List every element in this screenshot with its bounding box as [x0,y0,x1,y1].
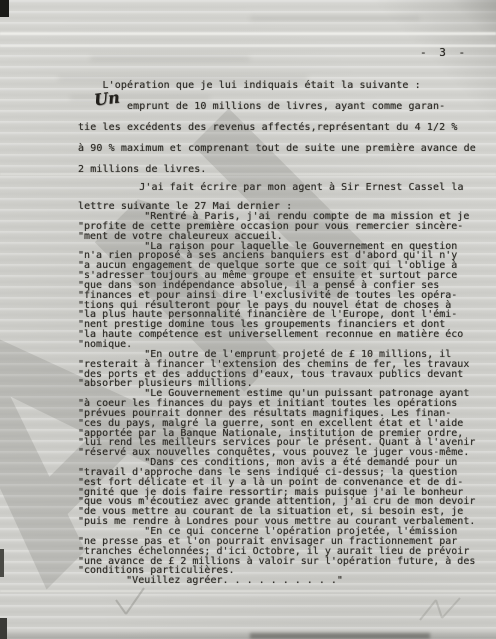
scan-edge-mark [0,0,9,17]
intro-paragraph-1: L'opération que je lui indiquais était l… [78,75,476,180]
quoted-letter-body: "Rentré à Paris, j'ai rendu compte de ma… [78,212,475,586]
bleedthrough-smudge [250,16,420,21]
pencil-check-mark [112,586,148,618]
scan-streak [0,32,496,35]
scanned-document-page: AN - 3 - L'opération que je lui indiquai… [0,0,496,639]
scan-bottom-smudge [250,633,430,639]
scan-edge-mark [0,618,7,639]
scan-edge-mark [0,549,4,577]
pencil-scribble-mark [418,596,464,626]
handwritten-correction: Un [93,88,121,110]
page-number: - 3 - [420,46,468,59]
